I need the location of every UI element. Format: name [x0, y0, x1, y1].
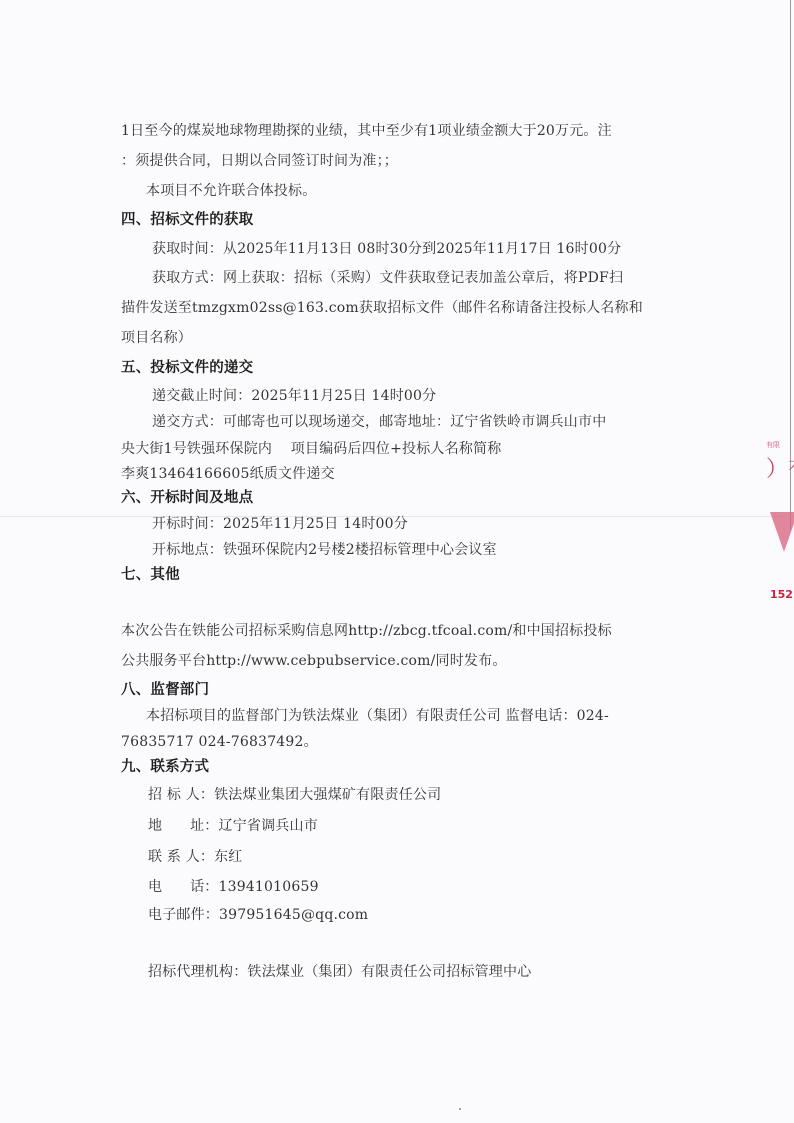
- scan-speck: [459, 1108, 461, 1110]
- body-text-line: 本项目不允许联合体投标。: [146, 182, 316, 200]
- tender-agency: 招标代理机构：铁法煤业（集团）有限责任公司招标管理中心: [148, 963, 531, 981]
- submission-deadline: 递交截止时间：2025年11月25日 14时00分: [152, 387, 436, 405]
- opening-place: 开标地点：铁强环保院内2号楼2楼招标管理中心会议室: [152, 541, 497, 559]
- acquisition-method-cont: 描件发送至tmzgxm02ss@163.com获取招标文件（邮件名称请备注投标人…: [121, 299, 643, 317]
- section-heading-5: 五、投标文件的递交: [121, 359, 253, 377]
- body-text-line: ：须提供合同，日期以合同签订时间为准；；: [121, 152, 398, 170]
- opening-time: 开标时间：2025年11月25日 14时00分: [152, 515, 408, 533]
- contact-address: 地 址：辽宁省调兵山市: [148, 817, 318, 835]
- seal-small-text: 有限: [766, 440, 780, 450]
- publication-notice: 本次公告在铁能公司招标采购信息网http://zbcg.tfcoal.com/和…: [121, 622, 612, 640]
- supervision-text: 本招标项目的监督部门为铁法煤业（集团）有限责任公司 监督电话：024-: [146, 707, 609, 725]
- acquisition-method: 获取方式：网上获取：招标（采购）文件获取登记表加盖公章后，将PDF扫: [152, 269, 623, 287]
- submission-method: 递交方式：可邮寄也可以现场递交，邮寄地址：辽宁省铁岭市调兵山市中: [152, 413, 606, 431]
- section-heading-9: 九、联系方式: [121, 758, 209, 776]
- contact-person: 联 系 人：东红: [148, 848, 243, 866]
- section-heading-4: 四、招标文件的获取: [121, 211, 253, 229]
- acquisition-time: 获取时间：从2025年11月13日 08时30分到2025年11月17日 16时…: [152, 240, 621, 258]
- section-heading-8: 八、监督部门: [121, 681, 209, 699]
- contact-email: 电子邮件：397951645@qq.com: [148, 906, 368, 924]
- section-heading-6: 六、开标时间及地点: [121, 489, 253, 507]
- contact-tenderer: 招 标 人：铁法煤业集团大强煤矿有限责任公司: [148, 786, 441, 804]
- seal-main-text: ）有: [766, 452, 794, 483]
- submission-method-cont: 央大街1号铁强环保院内 项目编码后四位+投标人名称简称: [121, 440, 501, 458]
- acquisition-method-cont: 项目名称）: [121, 329, 192, 347]
- seal-number: 152: [770, 588, 793, 601]
- contact-phone: 电 话：13941010659: [148, 878, 319, 896]
- section-heading-7: 七、其他: [121, 566, 180, 584]
- supervision-phone: 76835717 024-76837492。: [121, 733, 318, 751]
- seal-star-icon: [770, 512, 794, 552]
- official-seal-stamp: 有限 ）有 152: [764, 440, 794, 610]
- document-page: 1日至今的煤炭地球物理勘探的业绩，其中至少有1项业绩金额大于20万元。注 ：须提…: [0, 0, 794, 1123]
- body-text-line: 1日至今的煤炭地球物理勘探的业绩，其中至少有1项业绩金额大于20万元。注: [121, 122, 612, 140]
- submission-method-cont: 李爽13464166605纸质文件递交: [121, 465, 335, 483]
- publication-notice-cont: 公共服务平台http://www.cebpubservice.com/同时发布。: [121, 652, 507, 670]
